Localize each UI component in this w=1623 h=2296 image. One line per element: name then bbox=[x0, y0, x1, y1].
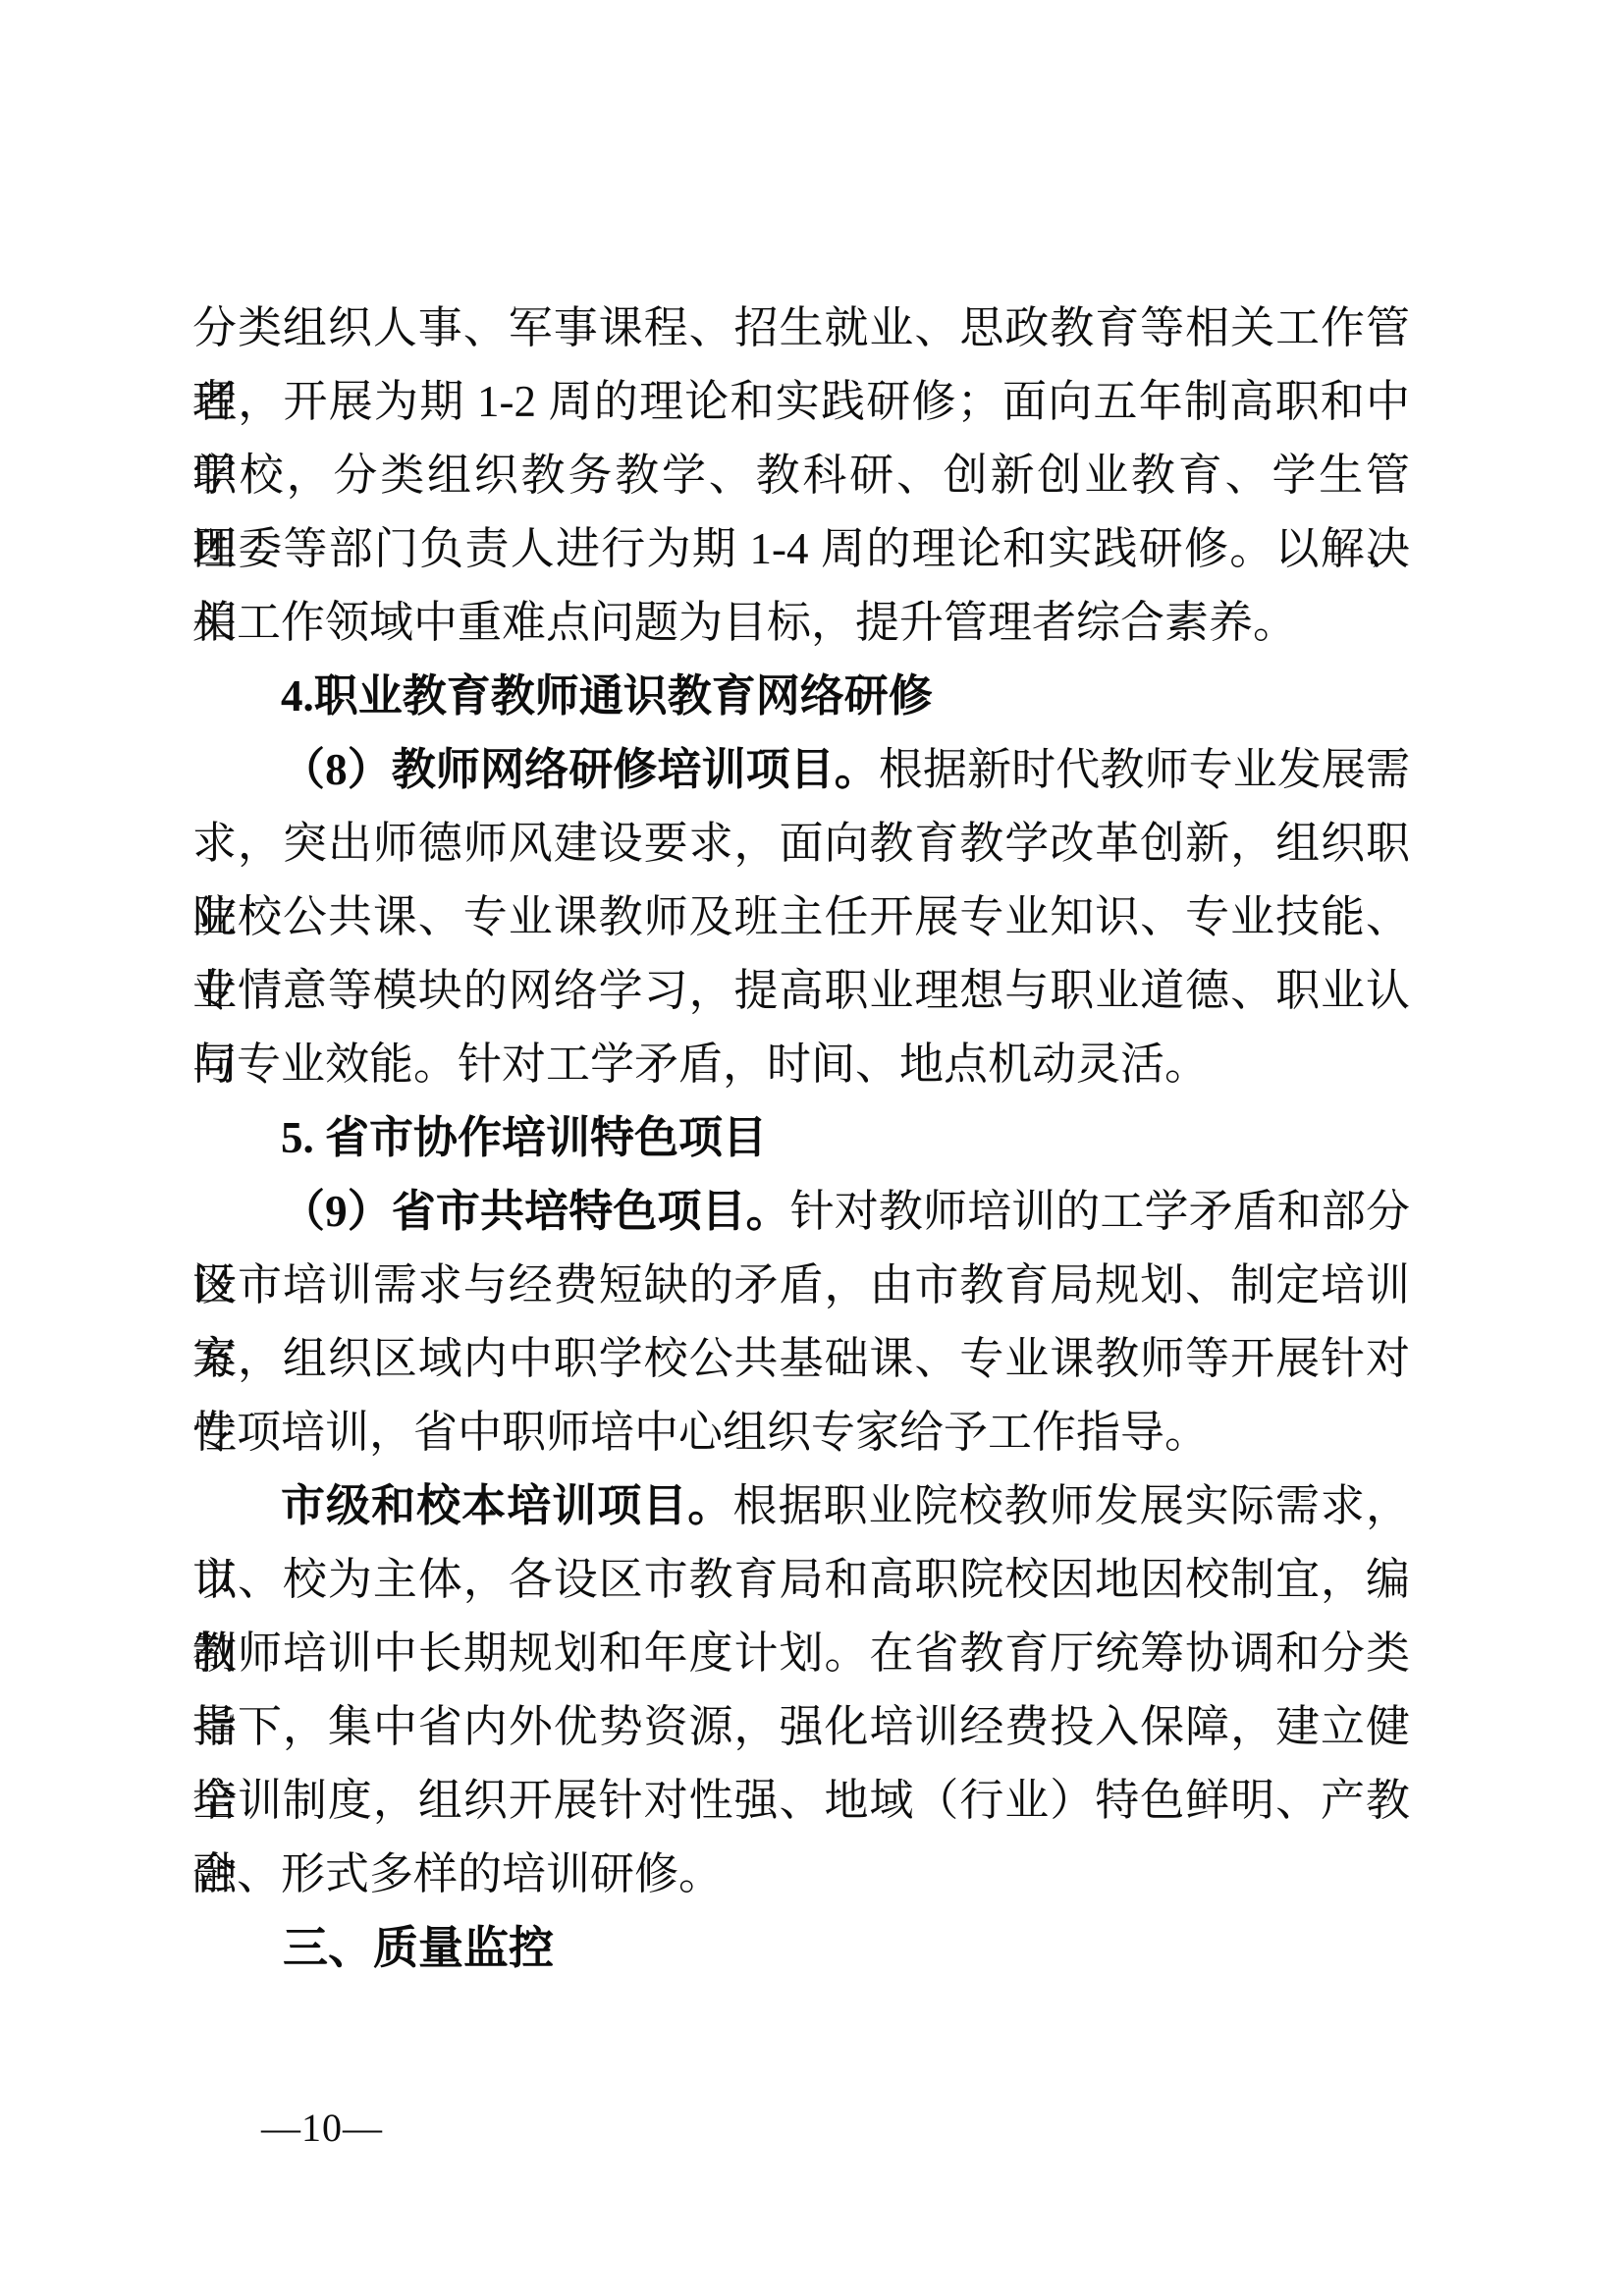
text-segment: 与专业效能。针对工学矛盾，时间、地点机动灵活。 bbox=[192, 1040, 1209, 1089]
text-line: 与专业效能。针对工学矛盾，时间、地点机动灵活。 bbox=[192, 1028, 1410, 1101]
text-line: （9）省市共培特色项目。针对教师培训的工学矛盾和部分设 bbox=[192, 1175, 1410, 1249]
text-segment: 专项培训，省中职师培中心组织专家给予工作指导。 bbox=[192, 1408, 1209, 1457]
text-line: （8）教师网络研修培训项目。根据新时代教师专业发展需 bbox=[192, 733, 1410, 807]
text-line: 者，开展为期 1-2 周的理论和实践研修；面向五年制高职和中职 bbox=[192, 365, 1410, 439]
section-heading: 5. 省市协作培训特色项目 bbox=[192, 1101, 1410, 1175]
text-segment: 根据新时代教师专业发展需 bbox=[879, 745, 1410, 794]
text-line: 区市培训需求与经费短缺的矛盾，由市教育局规划、制定培训方 bbox=[192, 1249, 1410, 1322]
bold-text-segment: （8）教师网络研修培训项目。 bbox=[281, 745, 879, 794]
text-line: 教师培训中长期规划和年度计划。在省教育厅统筹协调和分类指 bbox=[192, 1617, 1410, 1690]
text-line: 关工作领域中重难点问题为目标，提升管理者综合素养。 bbox=[192, 586, 1410, 660]
text-line: 求，突出师德师风建设要求，面向教育教学改革创新，组织职业 bbox=[192, 807, 1410, 881]
section-heading: 三、质量监控 bbox=[192, 1911, 1410, 1985]
page-body-text: 分类组织人事、军事课程、招生就业、思政教育等相关工作管理者，开展为期 1-2 周… bbox=[192, 292, 1410, 1985]
text-line: 学校，分类组织教务教学、教科研、创新创业教育、学生管理、 bbox=[192, 439, 1410, 512]
text-line: 案，组织区域内中职学校公共基础课、专业课教师等开展针对性 bbox=[192, 1322, 1410, 1396]
text-line: 分类组织人事、军事课程、招生就业、思政教育等相关工作管理 bbox=[192, 292, 1410, 365]
text-line: 院校公共课、专业课教师及班主任开展专业知识、专业技能、专 bbox=[192, 881, 1410, 954]
page-number: —10— bbox=[261, 2107, 383, 2150]
bold-text-segment: 4.职业教育教师通识教育网络研修 bbox=[281, 671, 933, 721]
text-segment: 关工作领域中重难点问题为目标，提升管理者综合素养。 bbox=[192, 598, 1297, 647]
text-line: 市、校为主体，各设区市教育局和高职院校因地因校制宜，编制 bbox=[192, 1543, 1410, 1617]
bold-text-segment: 5. 省市协作培训特色项目 bbox=[281, 1113, 767, 1162]
text-line: 业情意等模块的网络学习，提高职业理想与职业道德、职业认同 bbox=[192, 954, 1410, 1028]
bold-text-segment: 市级和校本培训项目。 bbox=[281, 1481, 732, 1530]
section-heading: 4.职业教育教师通识教育网络研修 bbox=[192, 660, 1410, 733]
text-line: 市级和校本培训项目。根据职业院校教师发展实际需求，以 bbox=[192, 1469, 1410, 1543]
document-page: 分类组织人事、军事课程、招生就业、思政教育等相关工作管理者，开展为期 1-2 周… bbox=[0, 0, 1623, 2296]
bold-text-segment: 三、质量监控 bbox=[283, 1922, 554, 1973]
text-line: 导下，集中省内外优势资源，强化培训经费投入保障，建立健全 bbox=[192, 1690, 1410, 1764]
text-line: 培训制度，组织开展针对性强、地域（行业）特色鲜明、产教融 bbox=[192, 1764, 1410, 1838]
text-line: 团委等部门负责人进行为期 1-4 周的理论和实践研修。以解决相 bbox=[192, 512, 1410, 586]
bold-text-segment: （9）省市共培特色项目。 bbox=[281, 1187, 790, 1236]
text-line: 专项培训，省中职师培中心组织专家给予工作指导。 bbox=[192, 1396, 1410, 1469]
text-segment: 合、形式多样的培训研修。 bbox=[192, 1849, 723, 1898]
text-line: 合、形式多样的培训研修。 bbox=[192, 1838, 1410, 1911]
